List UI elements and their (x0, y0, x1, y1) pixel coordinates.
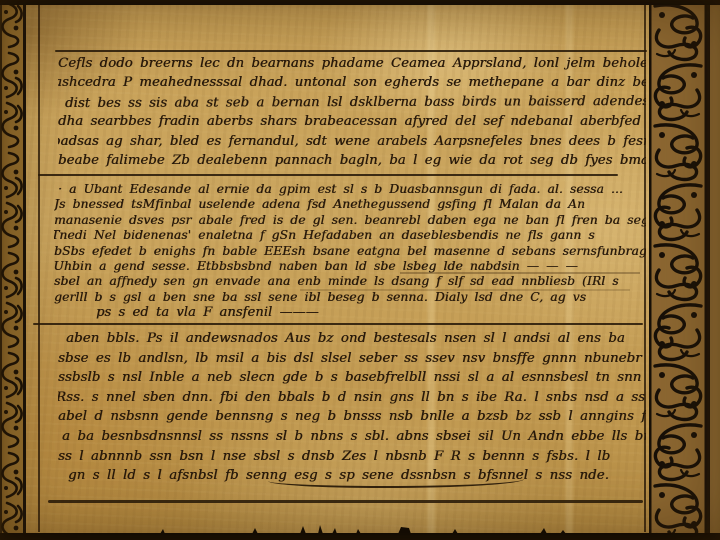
photo-vignette (0, 0, 720, 540)
manuscript-photo: Cefls dodo breerns lec dn bearnans phada… (0, 0, 720, 540)
